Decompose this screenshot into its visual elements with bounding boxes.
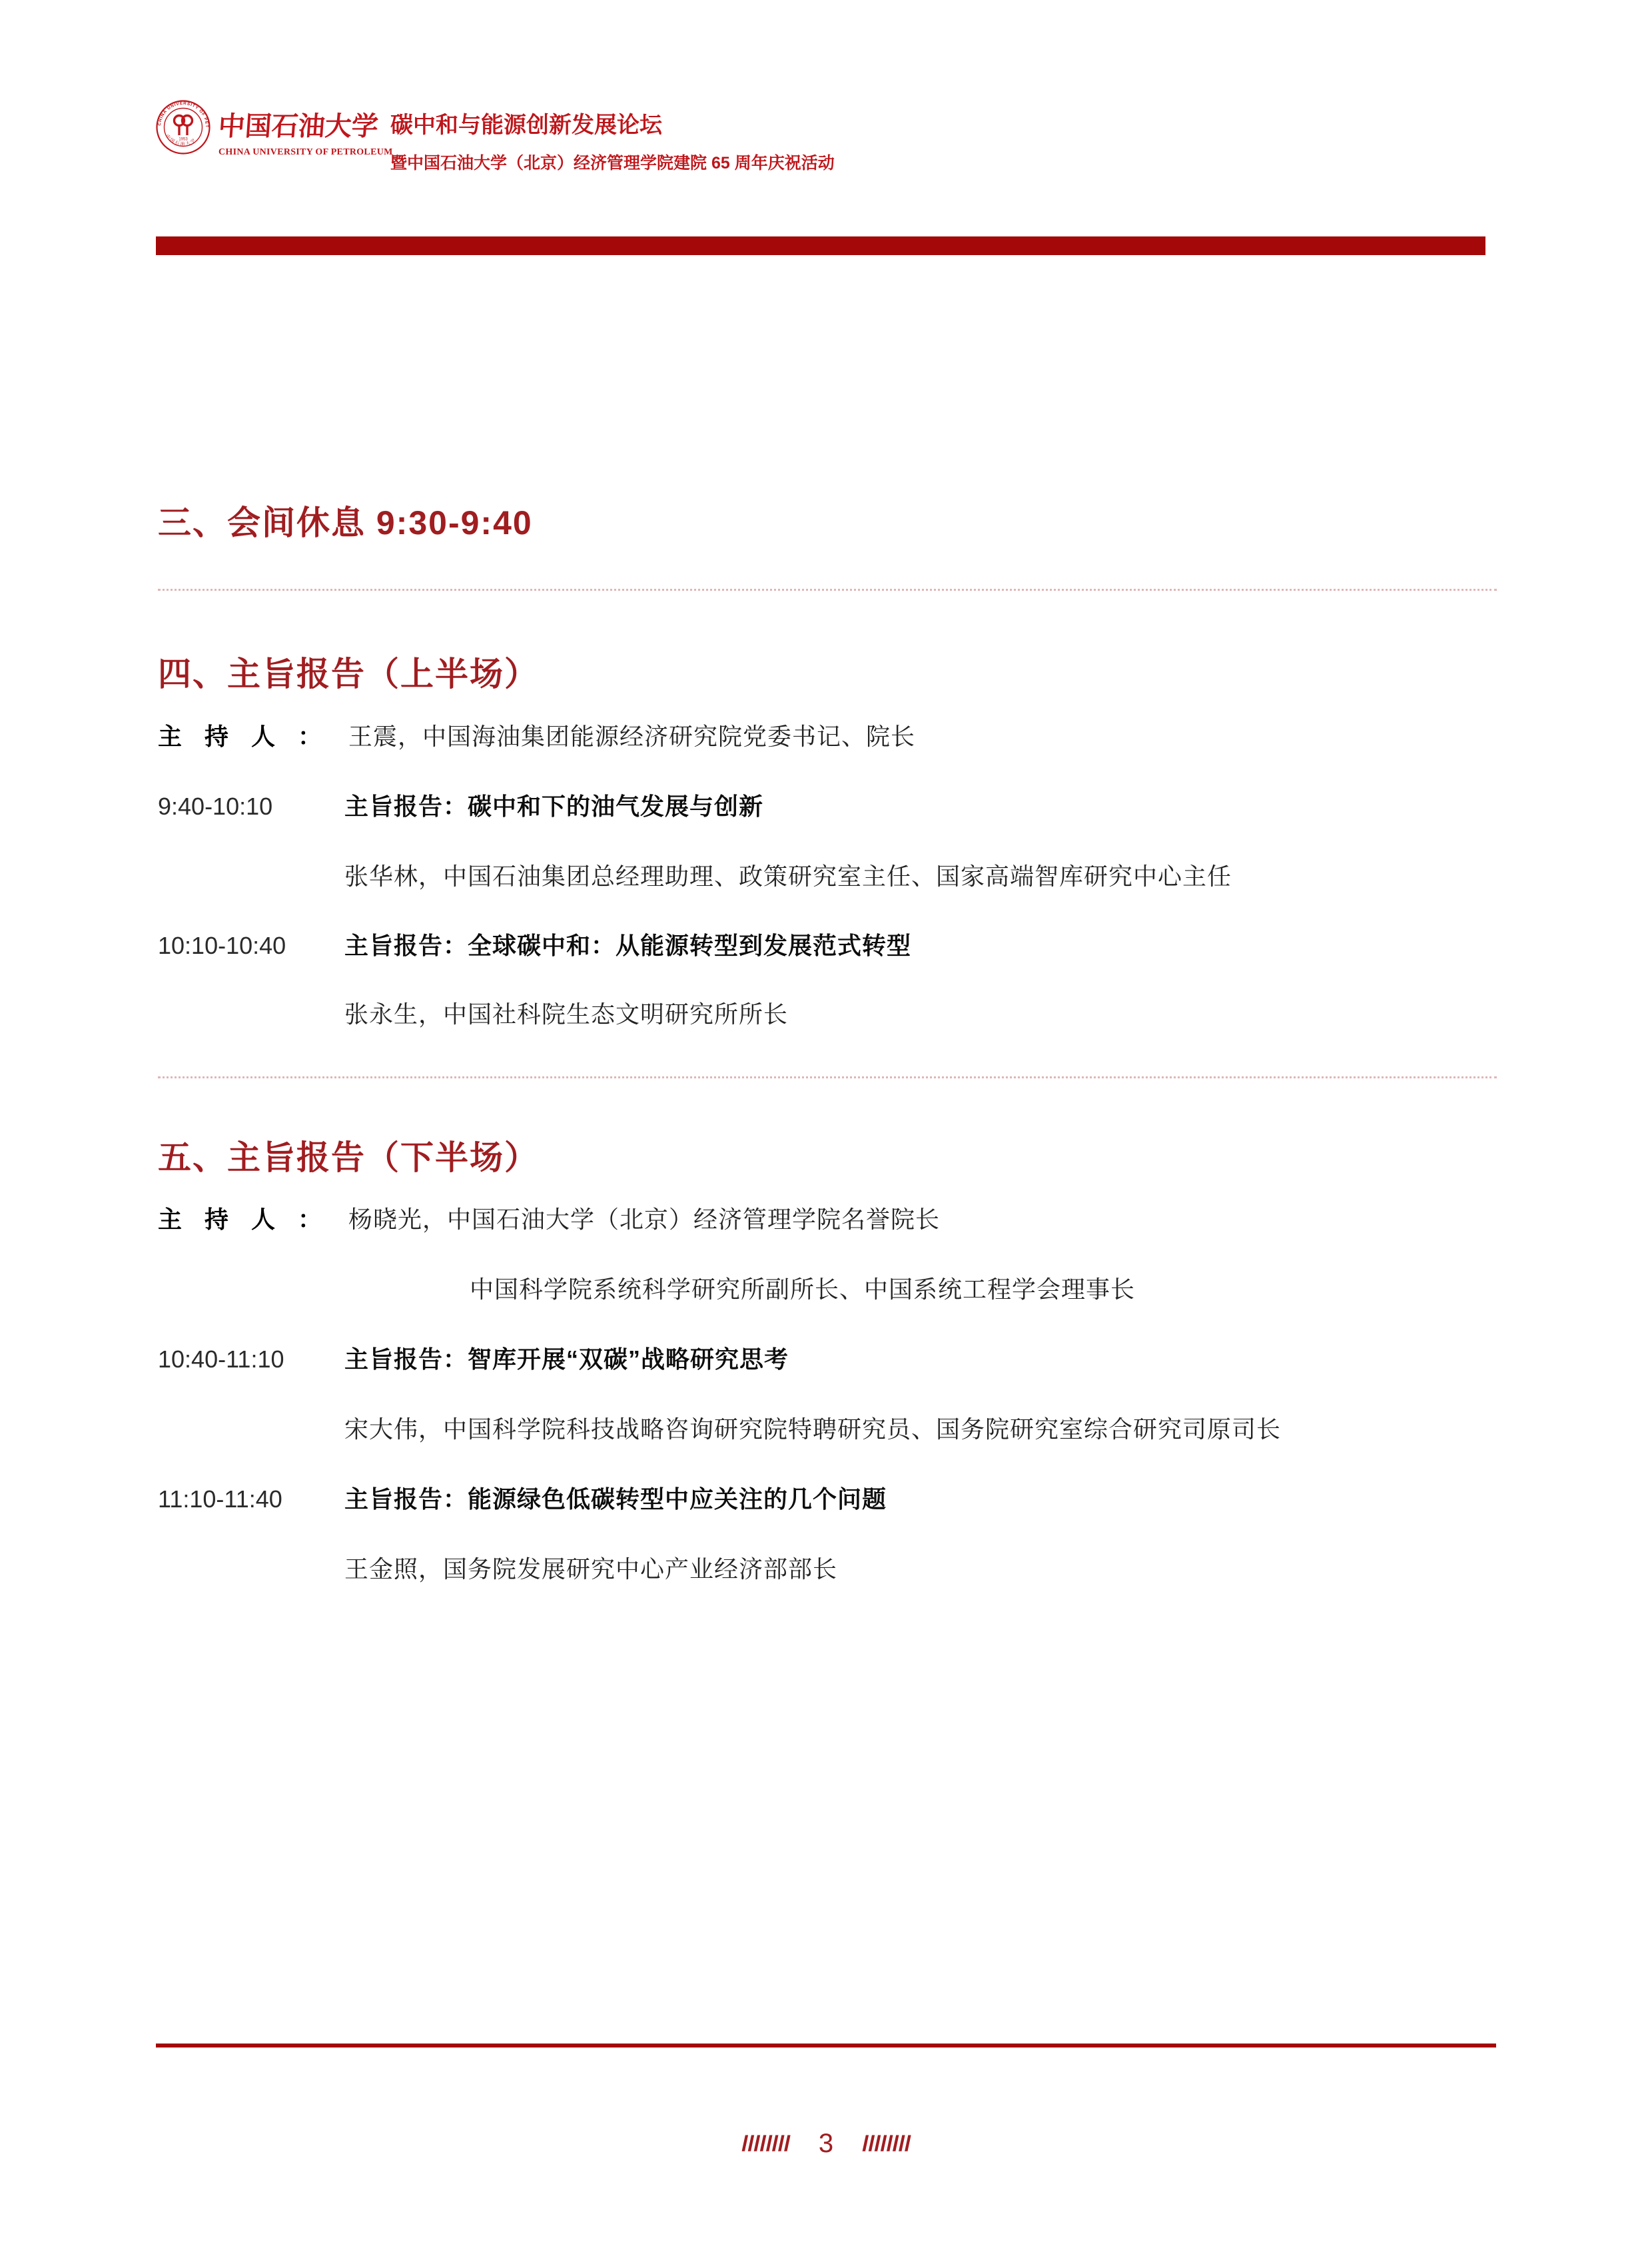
seal-emblem-knot	[175, 116, 193, 136]
section-heading-keynote-first-half: 四、主旨报告（上半场）	[158, 647, 539, 695]
host-name: 王震，中国海油集团能源经济研究院党委书记、院长	[348, 723, 915, 750]
schedule-speaker: 宋大伟，中国科学院科技战略咨询研究院特聘研究员、国务院研究室综合研究司原司长	[344, 1411, 1517, 1445]
university-seal-logo: CHINA UNIVERSITY OF PETROLEUM 中国石油大学 195…	[156, 100, 210, 155]
footer-red-rule	[156, 2044, 1496, 2048]
footer-slashes-right-icon: ////////	[862, 2131, 911, 2156]
header-red-bar	[156, 236, 1485, 255]
host-row: 主持人：杨晓光，中国石油大学（北京）经济管理学院名誉院长	[158, 1201, 1503, 1235]
schedule-speaker: 张华林，中国石油集团总经理助理、政策研究室主任、国家高端智库研究中心主任	[344, 858, 1517, 892]
schedule-row: 10:10-10:40主旨报告：全球碳中和：从能源转型到发展范式转型	[158, 927, 1503, 961]
host-name: 杨晓光，中国石油大学（北京）经济管理学院名誉院长	[348, 1206, 940, 1233]
schedule-time: 9:40-10:10	[158, 793, 344, 821]
schedule-title: 主旨报告：碳中和下的油气发展与创新	[344, 793, 763, 820]
event-title-block: 碳中和与能源创新发展论坛 暨中国石油大学（北京）经济管理学院建院 65 周年庆祝…	[390, 107, 835, 174]
schedule-title: 主旨报告：智库开展“双碳”战略研究思考	[344, 1345, 789, 1373]
university-name-block: 中国石油大学 CHINA UNIVERSITY OF PETROLEUM	[218, 105, 378, 158]
event-subtitle: 暨中国石油大学（北京）经济管理学院建院 65 周年庆祝活动	[390, 150, 835, 174]
host-label: 主持人：	[158, 723, 344, 750]
schedule-title: 主旨报告：全球碳中和：从能源转型到发展范式转型	[344, 932, 911, 959]
schedule-time: 10:40-11:10	[158, 1345, 344, 1373]
schedule-row: 9:40-10:10主旨报告：碳中和下的油气发展与创新	[158, 788, 1503, 822]
schedule-row: 10:40-11:10主旨报告：智库开展“双碳”战略研究思考	[158, 1341, 1503, 1375]
svg-text:1953: 1953	[179, 138, 188, 142]
section-divider	[158, 589, 1497, 591]
page-number: 3	[819, 2129, 833, 2159]
footer-slashes-left-icon: ////////	[741, 2131, 790, 2156]
university-name-zh: 中国石油大学	[217, 105, 380, 143]
host-row: 主持人：王震，中国海油集团能源经济研究院党委书记、院长	[158, 718, 1503, 752]
schedule-title: 主旨报告：能源绿色低碳转型中应关注的几个问题	[344, 1485, 887, 1513]
section-heading-keynote-second-half: 五、主旨报告（下半场）	[158, 1131, 539, 1179]
host-label: 主持人：	[158, 1206, 344, 1233]
section-heading-break: 三、会间休息 9:30-9:40	[158, 496, 533, 544]
page-header: CHINA UNIVERSITY OF PETROLEUM 中国石油大学 195…	[0, 0, 1652, 213]
host-title-line2: 中国科学院系统科学研究所副所长、中国系统工程学会理事长	[470, 1271, 1509, 1305]
schedule-speaker: 王金照，国务院发展研究中心产业经济部部长	[344, 1551, 1517, 1585]
schedule-speaker: 张永生，中国社科院生态文明研究所所长	[344, 996, 1517, 1030]
schedule-row: 11:10-11:40主旨报告：能源绿色低碳转型中应关注的几个问题	[158, 1481, 1503, 1515]
program-page: CHINA UNIVERSITY OF PETROLEUM 中国石油大学 195…	[0, 0, 1652, 2242]
section-divider	[158, 1076, 1497, 1078]
schedule-time: 10:10-10:40	[158, 932, 344, 960]
event-title: 碳中和与能源创新发展论坛	[390, 107, 835, 139]
page-footer: //////// 3 ////////	[0, 2129, 1652, 2159]
university-name-en: CHINA UNIVERSITY OF PETROLEUM	[218, 147, 378, 158]
schedule-time: 11:10-11:40	[158, 1485, 344, 1513]
university-seal-icon: CHINA UNIVERSITY OF PETROLEUM 中国石油大学 195…	[156, 100, 210, 155]
